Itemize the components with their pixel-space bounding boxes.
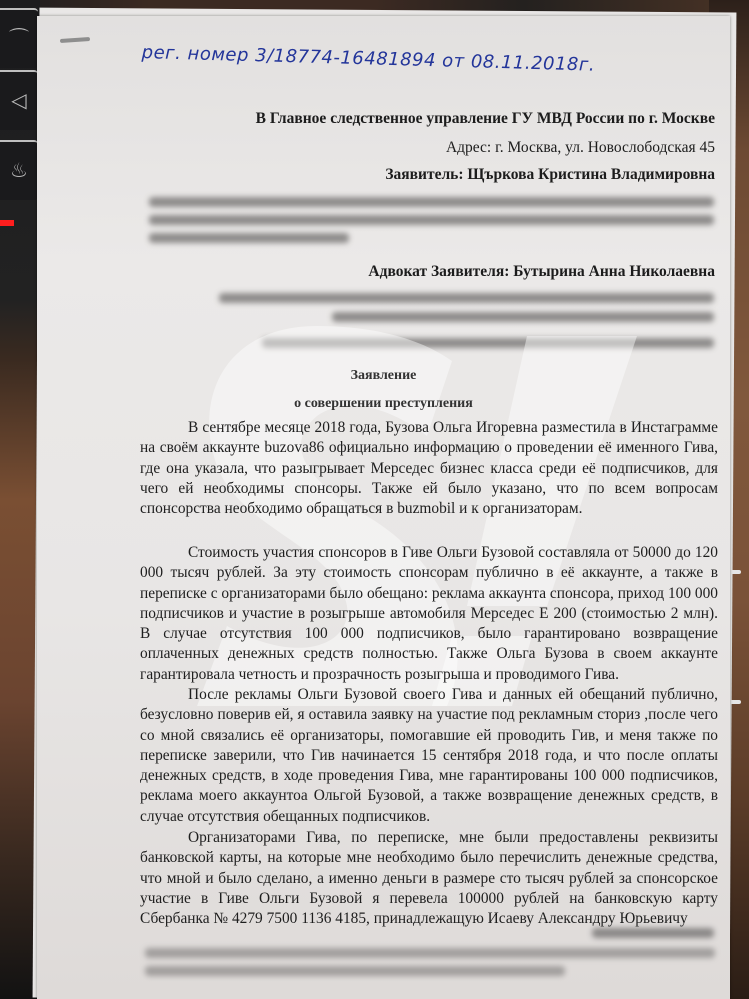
document-subtitle: о совершении преступления — [37, 396, 730, 412]
document-title: Заявление — [37, 368, 730, 384]
lawyer: Адвокат Заявителя: Бутырина Анна Николае… — [137, 263, 715, 281]
paragraph-1: В сентябре месяце 2018 года, Бузова Ольг… — [140, 418, 718, 519]
addressee: В Главное следственное управление ГУ МВД… — [137, 110, 715, 128]
staple-mark — [60, 37, 90, 43]
document-page: рег. номер 3/18774-16481894 от 08.11.201… — [37, 16, 730, 999]
seat-heat-icon: ♨ — [0, 140, 38, 200]
seat-recline-icon: ⌒ — [0, 8, 38, 68]
applicant: Заявитель: Щъркова Кристина Владимировна — [137, 166, 715, 184]
registration-note: рег. номер 3/18774-16481894 от 08.11.201… — [141, 42, 701, 79]
paragraph-4: Организаторами Гива, по переписке, мне б… — [140, 828, 718, 929]
seat-adjust-icon: ◁ — [0, 70, 38, 130]
paragraph-2: Стоимость участия спонсоров в Гиве Ольги… — [140, 543, 718, 685]
address: Адрес: г. Москва, ул. Новослободская 45 — [137, 139, 715, 157]
indicator-led — [0, 220, 14, 226]
paragraph-3: После рекламы Ольги Бузовой своего Гива … — [140, 685, 718, 827]
